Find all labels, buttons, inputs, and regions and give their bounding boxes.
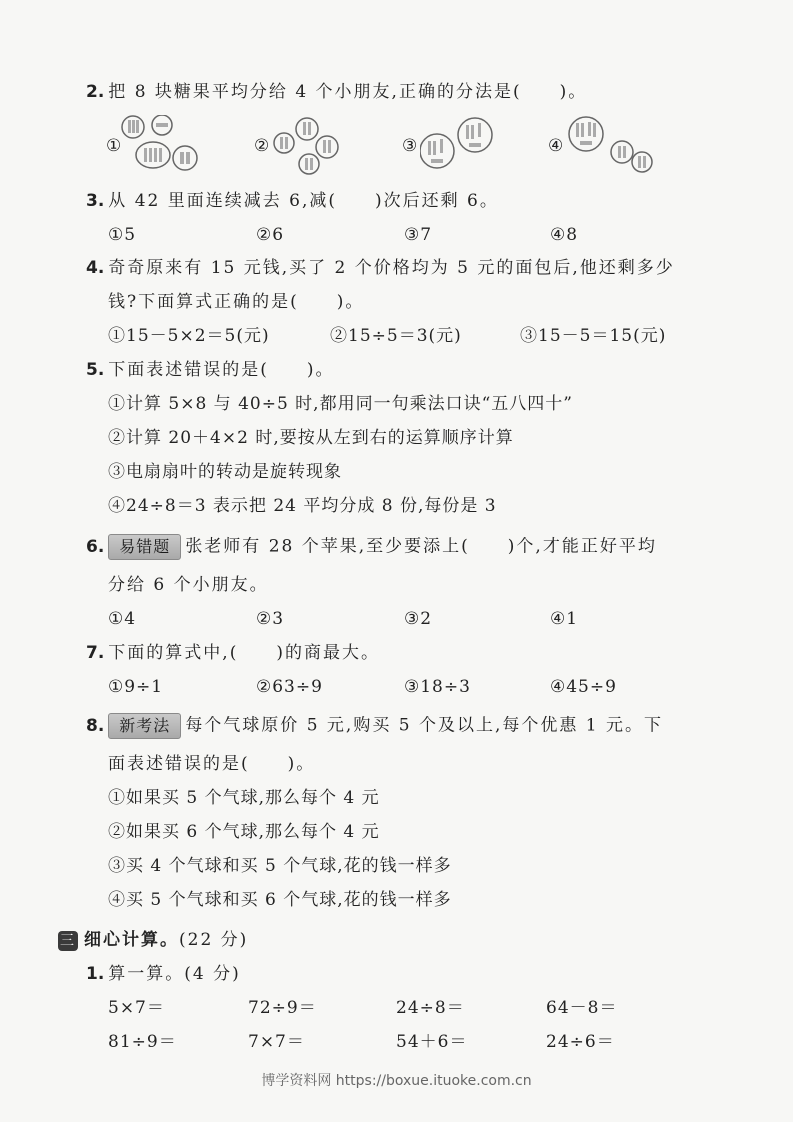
calc-item: 64－8＝ bbox=[546, 996, 617, 1020]
q6-option-3: ③2 bbox=[404, 607, 432, 631]
question-number: 7. bbox=[86, 643, 104, 663]
calc-item: 81÷9＝ bbox=[108, 1030, 177, 1054]
q5-option-4: ④24÷8＝3 表示把 24 平均分成 8 份,每份是 3 bbox=[108, 494, 497, 518]
option-1-label: ① bbox=[106, 136, 121, 156]
q5-option-3: ③电扇扇叶的转动是旋转现象 bbox=[108, 460, 342, 484]
q5-option-1: ①计算 5×8 与 40÷5 时,都用同一句乘法口诀“五八四十” bbox=[108, 392, 573, 416]
q8-option-4: ④买 5 个气球和买 6 个气球,花的钱一样多 bbox=[108, 888, 452, 912]
q7-option-1: ①9÷1 bbox=[108, 675, 163, 699]
q7-option-3: ③18÷3 bbox=[404, 675, 471, 699]
question-3: 3.从 42 里面连续减去 6,减( )次后还剩 6。 bbox=[86, 189, 499, 213]
q6-option-2: ②3 bbox=[256, 607, 284, 631]
section-score: (22 分) bbox=[179, 930, 248, 950]
question-text: 每个气球原价 5 元,购买 5 个及以上,每个优惠 1 元。下 bbox=[185, 716, 663, 736]
new-method-tag: 新考法 bbox=[108, 713, 181, 739]
q8-option-3: ③买 4 个气球和买 5 个气球,花的钱一样多 bbox=[108, 854, 452, 878]
question-7: 7.下面的算式中,( )的商最大。 bbox=[86, 641, 380, 665]
question-2: 2.把 8 块糖果平均分给 4 个小朋友,正确的分法是( )。 bbox=[86, 80, 587, 104]
calc-item: 72÷9＝ bbox=[248, 996, 317, 1020]
question-number: 5. bbox=[86, 360, 104, 380]
q5-option-2: ②计算 20＋4×2 时,要按从左到右的运算顺序计算 bbox=[108, 426, 514, 450]
q3-option-4: ④8 bbox=[550, 223, 578, 247]
q3-option-3: ③7 bbox=[404, 223, 432, 247]
q6-option-4: ④1 bbox=[550, 607, 578, 631]
question-number: 1. bbox=[86, 964, 104, 984]
question-text: 张老师有 28 个苹果,至少要添上( )个,才能正好平均 bbox=[185, 537, 657, 557]
question-4-line2: 钱?下面算式正确的是( )。 bbox=[108, 290, 364, 314]
calc-item: 54＋6＝ bbox=[396, 1030, 467, 1054]
candy-group-option-1 bbox=[120, 115, 210, 175]
section-3-header: 三细心计算。(22 分) bbox=[58, 928, 248, 952]
q6-option-1: ①4 bbox=[108, 607, 136, 631]
section-title: 细心计算。 bbox=[84, 930, 179, 950]
question-text: 下面的算式中,( )的商最大。 bbox=[108, 643, 380, 663]
question-number: 6. bbox=[86, 537, 104, 557]
calc-item: 7×7＝ bbox=[248, 1030, 305, 1054]
q4-option-2: ②15÷5＝3(元) bbox=[330, 324, 462, 348]
calc-item: 24÷8＝ bbox=[396, 996, 465, 1020]
question-number: 3. bbox=[86, 191, 104, 211]
error-prone-tag: 易错题 bbox=[108, 534, 181, 560]
question-text: 从 42 里面连续减去 6,减( )次后还剩 6。 bbox=[108, 191, 499, 211]
question-5: 5.下面表述错误的是( )。 bbox=[86, 358, 335, 382]
q8-option-1: ①如果买 5 个气球,那么每个 4 元 bbox=[108, 786, 380, 810]
calc-item: 5×7＝ bbox=[108, 996, 165, 1020]
question-number: 4. bbox=[86, 258, 104, 278]
candy-group-option-4 bbox=[566, 112, 661, 174]
q7-option-4: ④45÷9 bbox=[550, 675, 617, 699]
question-6-line2: 分给 6 个小朋友。 bbox=[108, 573, 269, 597]
question-6: 6.易错题张老师有 28 个苹果,至少要添上( )个,才能正好平均 bbox=[86, 534, 657, 560]
q3-option-1: ①5 bbox=[108, 223, 136, 247]
subsection-1-header: 1.算一算。(4 分) bbox=[86, 962, 241, 986]
question-8: 8.新考法每个气球原价 5 元,购买 5 个及以上,每个优惠 1 元。下 bbox=[86, 713, 663, 739]
subsection-score: (4 分) bbox=[184, 964, 240, 984]
question-number: 2. bbox=[86, 82, 104, 102]
question-4: 4.奇奇原来有 15 元钱,买了 2 个价格均为 5 元的面包后,他还剩多少 bbox=[86, 256, 675, 280]
question-text: 下面表述错误的是( )。 bbox=[108, 360, 334, 380]
q3-option-2: ②6 bbox=[256, 223, 284, 247]
q7-option-2: ②63÷9 bbox=[256, 675, 323, 699]
q8-option-2: ②如果买 6 个气球,那么每个 4 元 bbox=[108, 820, 380, 844]
option-2-label: ② bbox=[254, 136, 269, 156]
question-8-line2: 面表述错误的是( )。 bbox=[108, 752, 315, 776]
question-text: 把 8 块糖果平均分给 4 个小朋友,正确的分法是( )。 bbox=[108, 82, 587, 102]
subsection-title: 算一算。 bbox=[108, 964, 184, 984]
calc-item: 24÷6＝ bbox=[546, 1030, 615, 1054]
q4-option-1: ①15－5×2＝5(元) bbox=[108, 324, 270, 348]
candy-group-option-2 bbox=[272, 115, 352, 177]
section-number-icon: 三 bbox=[58, 931, 78, 951]
question-number: 8. bbox=[86, 716, 104, 736]
option-3-label: ③ bbox=[402, 136, 417, 156]
question-text: 奇奇原来有 15 元钱,买了 2 个价格均为 5 元的面包后,他还剩多少 bbox=[108, 258, 675, 278]
q4-option-3: ③15－5＝15(元) bbox=[520, 324, 666, 348]
option-4-label: ④ bbox=[548, 136, 563, 156]
candy-group-option-3 bbox=[420, 115, 500, 177]
footer-watermark: 博学资料网 https://boxue.ituoke.com.cn bbox=[0, 1070, 793, 1090]
